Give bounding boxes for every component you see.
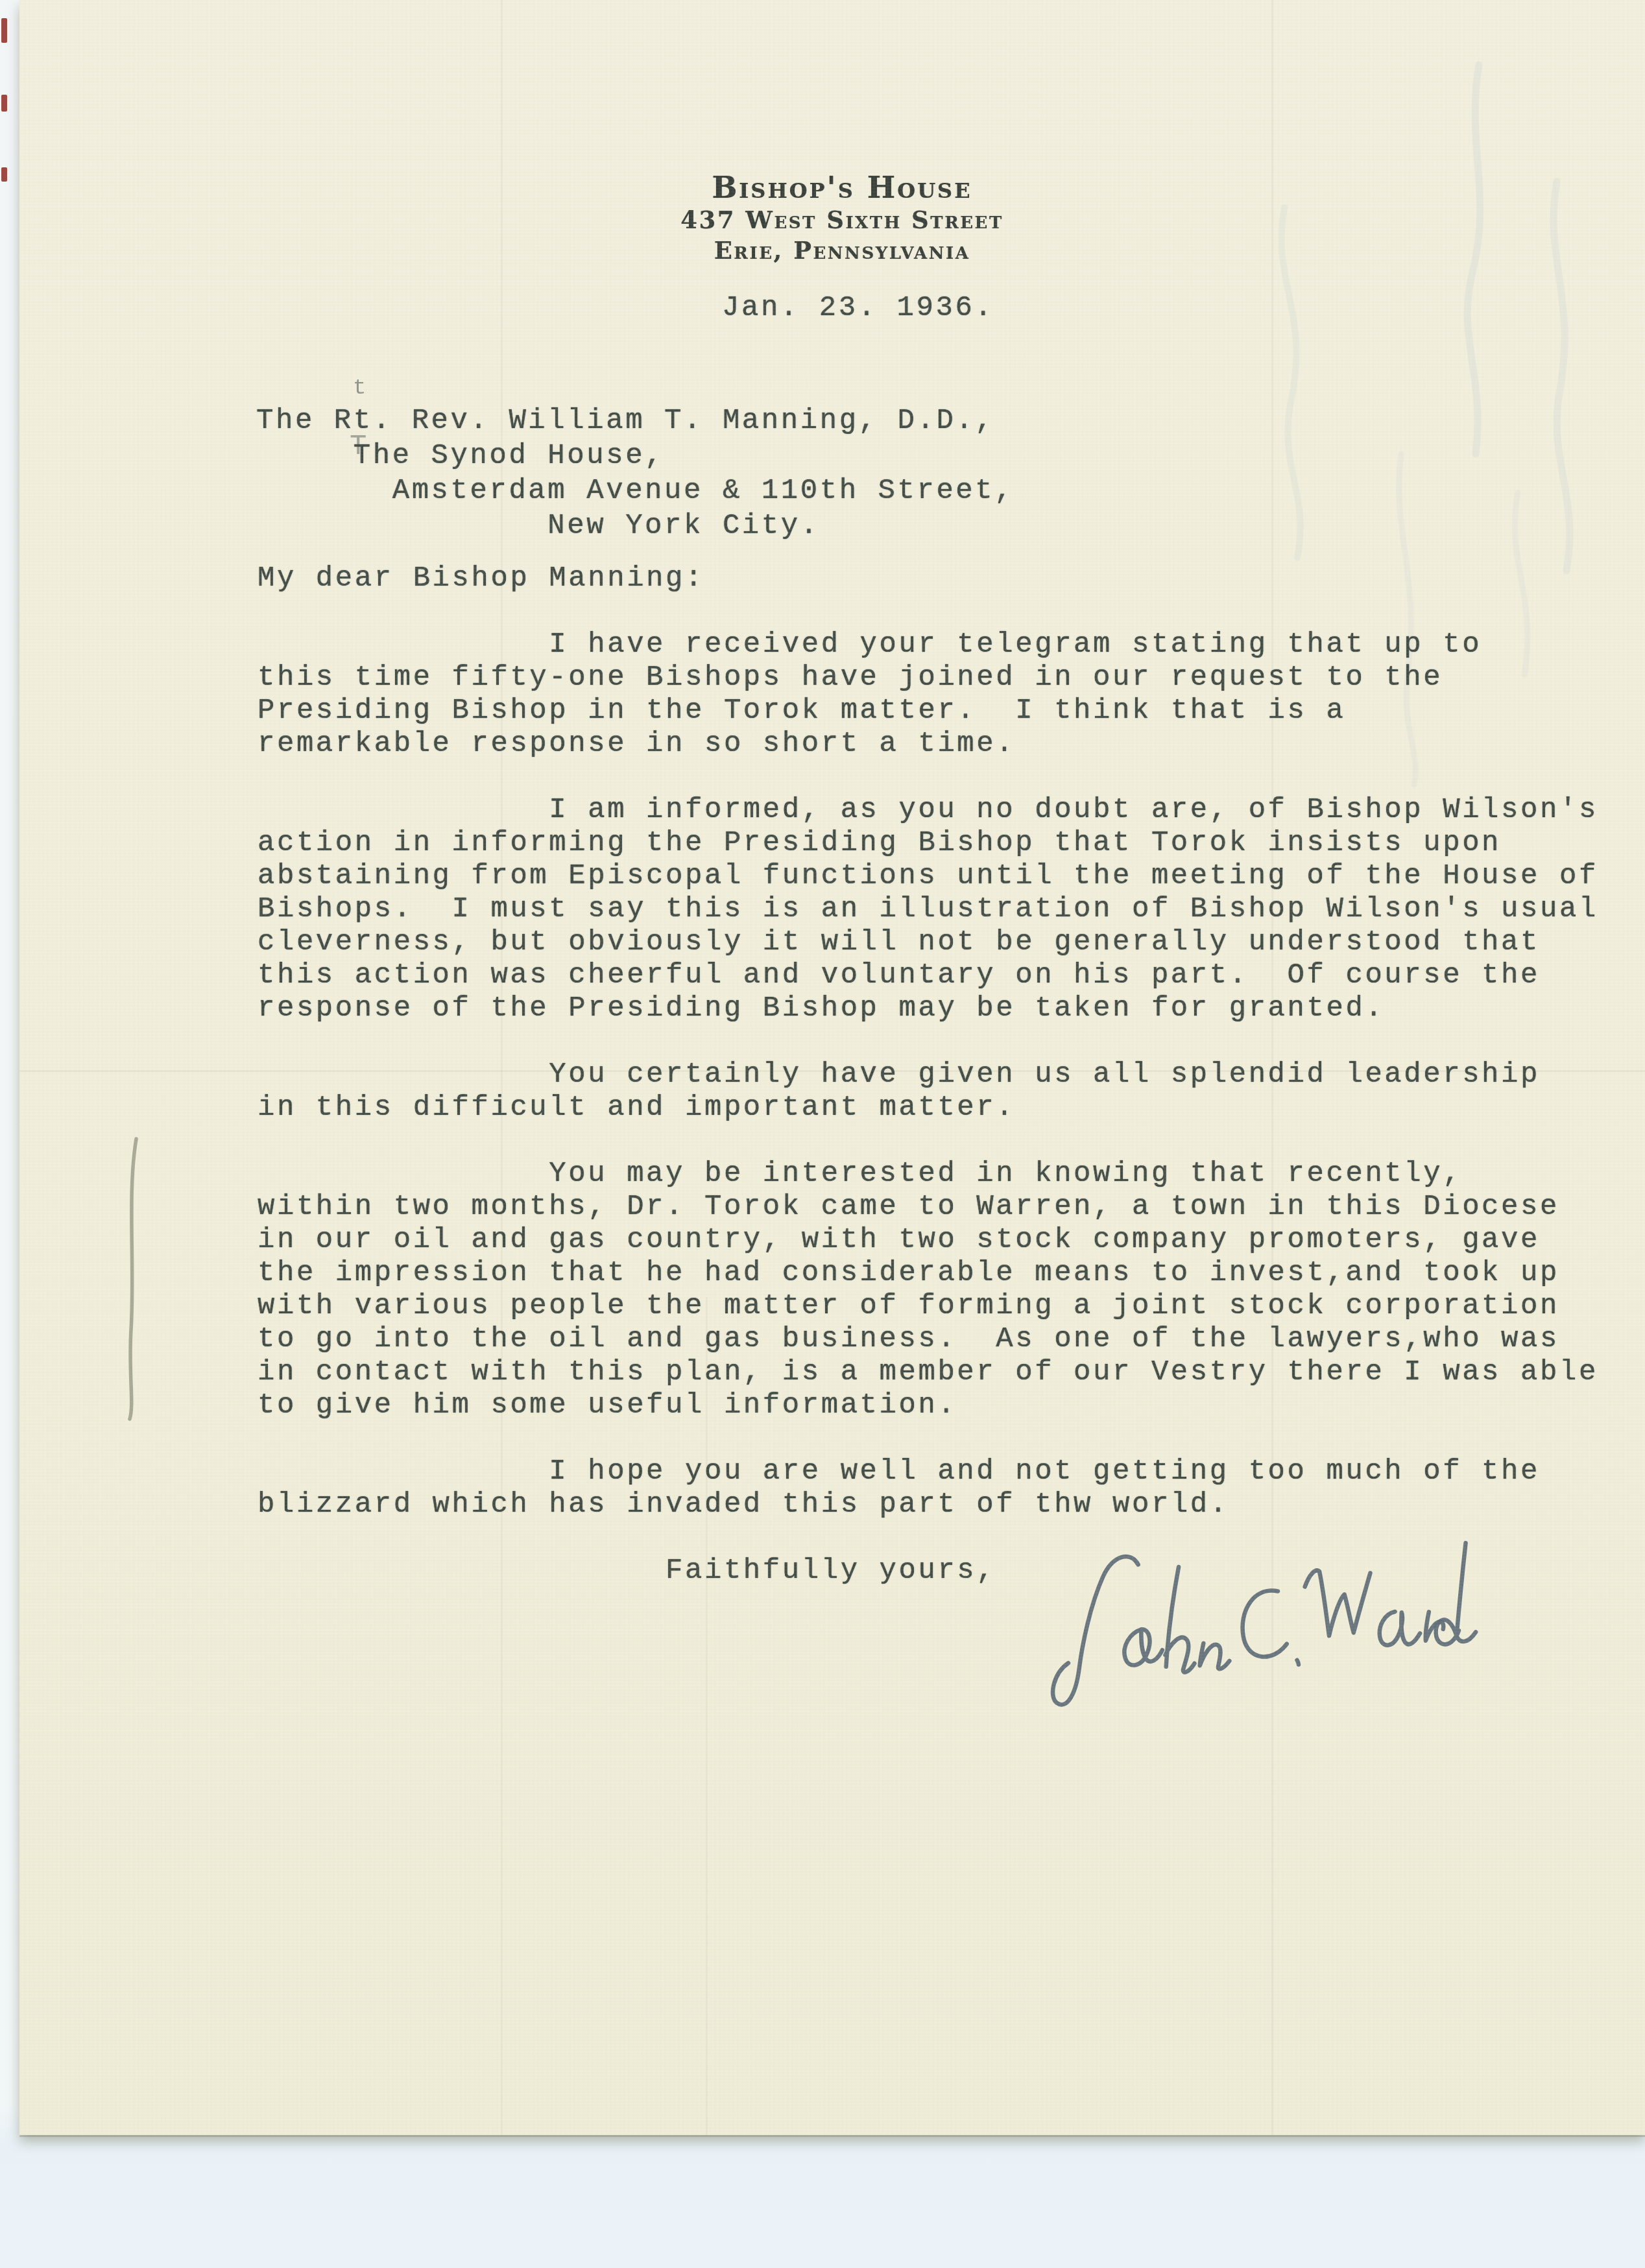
signature-d-stroke [1430, 1543, 1476, 1645]
signature-o-stroke [1123, 1628, 1163, 1665]
letter-paper: Bishop's House 437 West Sixth Street Eri… [19, 0, 1645, 2135]
date-line: Jan. 23. 1936. [722, 292, 994, 325]
red-edge-mark-3 [1, 167, 7, 182]
letterhead-street: 437 West Sixth Street [680, 205, 1003, 235]
paragraph-3: You certainly have given us all splendid… [258, 1058, 1633, 1125]
signature-h-stroke [1159, 1566, 1195, 1673]
signature-w-stroke [1304, 1567, 1375, 1638]
margin-pencil-mark [117, 1135, 149, 1424]
letterhead-city: Erie, Pennsylvania [680, 235, 1003, 266]
signature-a-stroke [1378, 1610, 1421, 1646]
signature-n-stroke [1198, 1641, 1230, 1670]
scanned-letter-page: { "document": { "letterhead": { "name": … [0, 0, 1645, 2268]
signature-r-stroke [1424, 1611, 1445, 1641]
signature-c-stroke [1240, 1590, 1288, 1658]
salutation: My dear Bishop Manning: [258, 562, 1633, 595]
paragraph-4: You may be interested in knowing that re… [258, 1158, 1633, 1422]
overstrike-mark-rt: t [353, 376, 366, 401]
red-edge-mark-2 [1, 95, 7, 112]
letterhead: Bishop's House 437 West Sixth Street Eri… [680, 170, 1003, 266]
overstrike-mark-the: T [350, 431, 366, 463]
letterhead-name: Bishop's House [680, 170, 1003, 205]
paragraph-2: I am informed, as you no doubt are, of B… [258, 794, 1633, 1025]
signature-john-c-ward [1026, 1501, 1485, 1719]
signature-period-stroke [1297, 1660, 1299, 1665]
paragraph-1: I have received your telegram stating th… [258, 628, 1633, 761]
signature-john-stroke [1044, 1556, 1147, 1706]
letter-body: My dear Bishop Manning: I have received … [258, 562, 1633, 1621]
recipient-address: The Rt. Rev. William T. Manning, D.D., T… [256, 403, 1014, 543]
red-edge-mark-1 [1, 18, 7, 43]
